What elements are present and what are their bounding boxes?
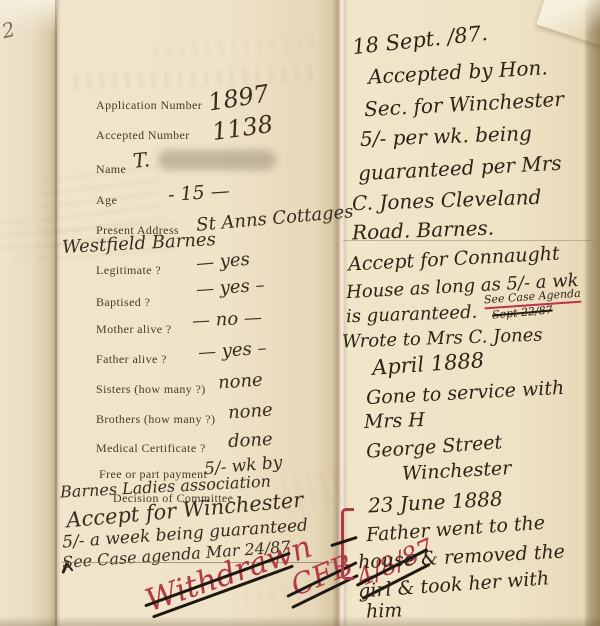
field-label-name: Name bbox=[96, 162, 126, 177]
paper-right-edge bbox=[583, 0, 600, 626]
field-label-mother-alive: Mother alive ? bbox=[96, 322, 172, 337]
field-label-application-number: Application Number bbox=[96, 98, 202, 113]
right-page-rule bbox=[343, 240, 596, 241]
field-label-sisters: Sisters (how many ?) bbox=[96, 382, 206, 397]
field-label-age: Age bbox=[96, 193, 117, 208]
field-value-age: - 15 — bbox=[167, 180, 230, 206]
field-label-baptised: Baptised ? bbox=[96, 295, 150, 310]
field-value-mother-alive: — no — bbox=[191, 307, 262, 332]
document-photo: 2 Application Number 1897 Accepted Numbe… bbox=[0, 0, 600, 626]
field-value-name: T. bbox=[132, 147, 151, 173]
name-redaction-smudge bbox=[158, 150, 276, 170]
bottom-shadow bbox=[0, 616, 600, 626]
field-label-medical-certificate: Medical Certificate ? bbox=[96, 441, 206, 456]
field-value-brothers: none bbox=[227, 399, 273, 423]
field-label-father-alive: Father alive ? bbox=[96, 352, 167, 367]
field-value-sisters: none bbox=[217, 369, 263, 393]
field-value-medical-certificate: done bbox=[227, 429, 273, 452]
field-label-legitimate: Legitimate ? bbox=[96, 263, 161, 278]
field-label-accepted-number: Accepted Number bbox=[96, 128, 190, 143]
entry3-line: Mrs H bbox=[364, 409, 426, 433]
red-margin-bracket bbox=[341, 508, 354, 580]
field-label-brothers: Brothers (how many ?) bbox=[96, 412, 215, 427]
entry4-line: him bbox=[366, 599, 403, 622]
folded-page-edge bbox=[0, 0, 57, 626]
